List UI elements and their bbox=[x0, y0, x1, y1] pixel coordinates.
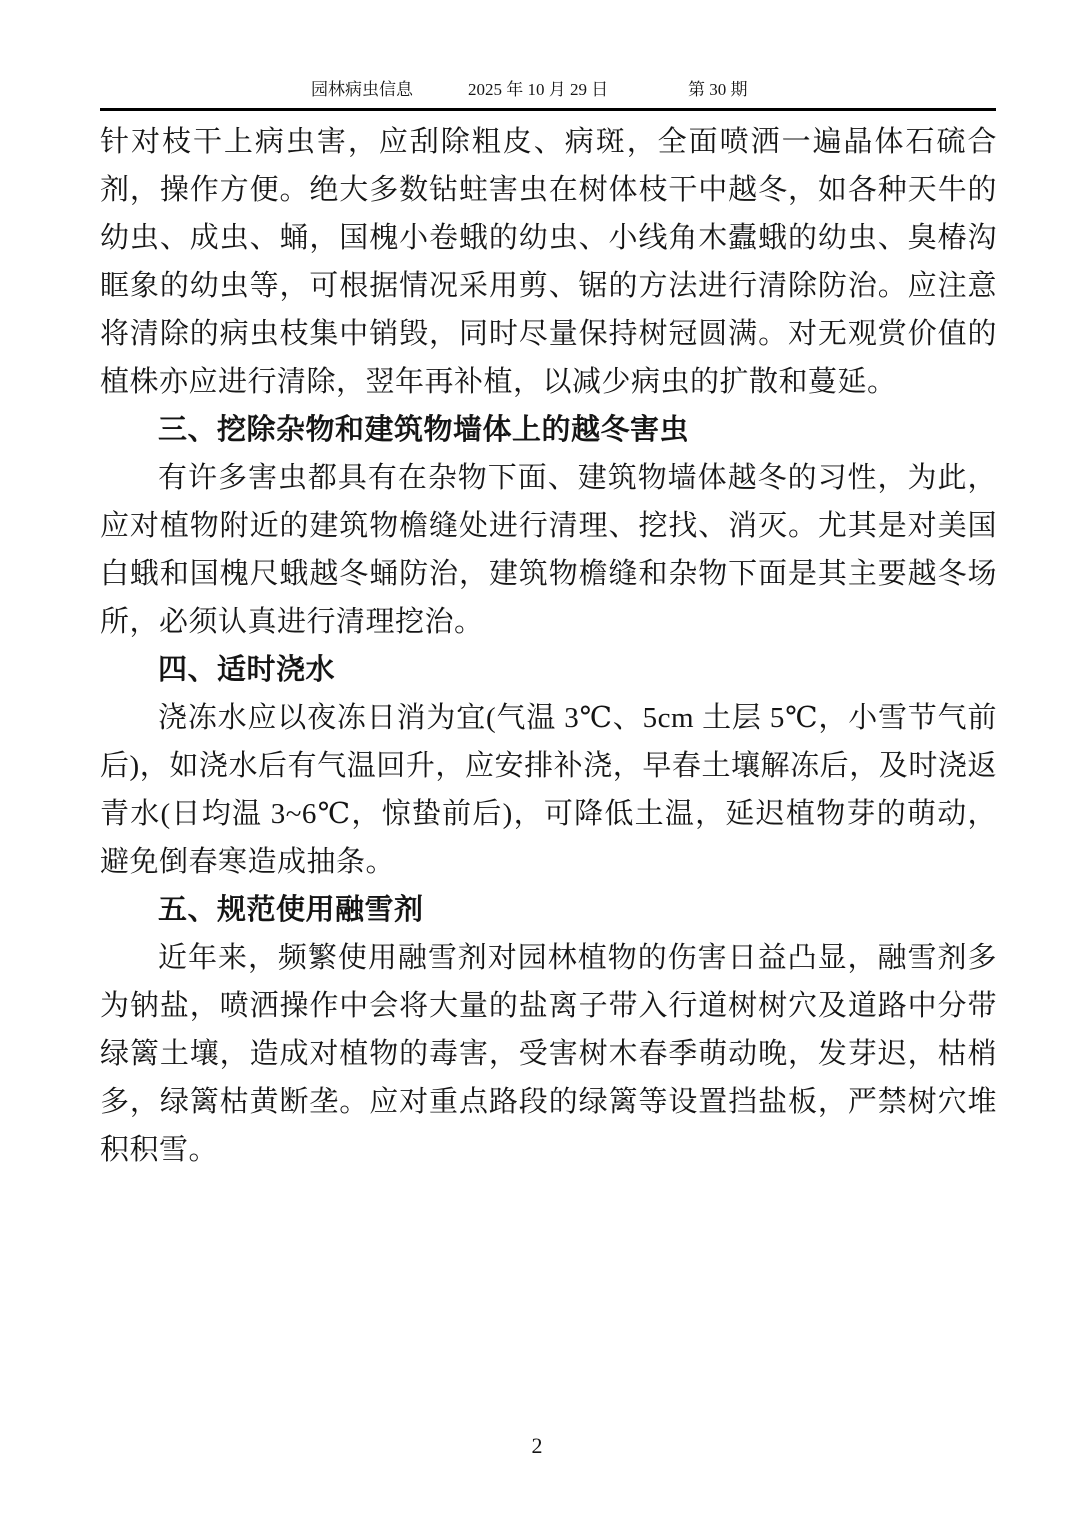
body-paragraph: 针对枝干上病虫害，应刮除粗皮、病斑，全面喷洒一遍晶体石硫合剂，操作方便。绝大多数… bbox=[100, 118, 997, 406]
body-paragraph: 近年来，频繁使用融雪剂对园林植物的伤害日益凸显，融雪剂多为钠盐，喷洒操作中会将大… bbox=[100, 934, 997, 1174]
header-publication-title: 园林病虫信息 bbox=[311, 80, 413, 100]
page-header: 园林病虫信息 2025 年 10 月 29 日 第 30 期 bbox=[0, 0, 1074, 120]
document-page: 园林病虫信息 2025 年 10 月 29 日 第 30 期 针对枝干上病虫害，… bbox=[0, 0, 1074, 1520]
section-heading: 三、挖除杂物和建筑物墙体上的越冬害虫 bbox=[100, 406, 997, 454]
body-paragraph: 有许多害虫都具有在杂物下面、建筑物墙体越冬的习性，为此，应对植物附近的建筑物檐缝… bbox=[100, 454, 997, 646]
header-rule-divider bbox=[100, 108, 996, 111]
header-issue-number: 第 30 期 bbox=[688, 80, 748, 100]
section-heading: 五、规范使用融雪剂 bbox=[100, 886, 997, 934]
section-heading: 四、适时浇水 bbox=[100, 646, 997, 694]
document-body: 针对枝干上病虫害，应刮除粗皮、病斑，全面喷洒一遍晶体石硫合剂，操作方便。绝大多数… bbox=[100, 118, 997, 1174]
body-paragraph: 浇冻水应以夜冻日消为宜(气温 3℃、5cm 土层 5℃，小雪节气前后)，如浇水后… bbox=[100, 694, 997, 886]
page-footer: 2 bbox=[0, 1432, 1074, 1460]
header-date: 2025 年 10 月 29 日 bbox=[468, 80, 608, 100]
page-number: 2 bbox=[532, 1433, 543, 1458]
